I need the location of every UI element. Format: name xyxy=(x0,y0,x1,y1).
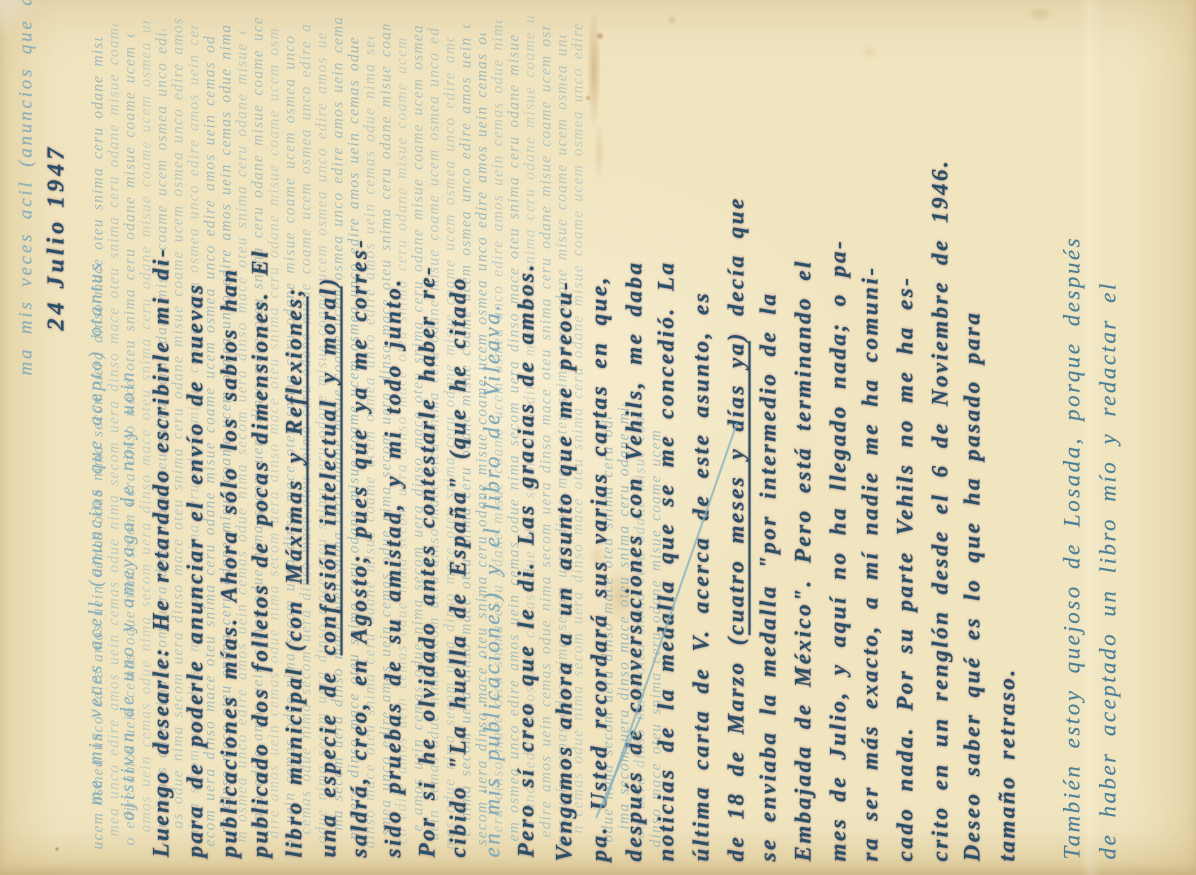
handwritten-line: para de poderle anunciar el envío de nue… xyxy=(179,238,212,858)
handwritten-line: en mis publicaciones) y el libro de Vile… xyxy=(476,238,509,858)
handwritten-line: ra ser más exacto, a mí nadie me ha comu… xyxy=(854,159,888,862)
handwritten-line: Pero sí creo que le di. Las gracias de a… xyxy=(510,238,543,858)
handwritten-line: publicado dos folletos de pocas dimensio… xyxy=(244,238,277,858)
handwritten-line: Deseo saber qué es lo que ha pasado para xyxy=(956,159,990,862)
handwritten-line: sido pruebas de su amistad, y mi todo ju… xyxy=(377,238,410,858)
handwritten-line: También estoy quejoso de Losada, porque … xyxy=(1055,236,1090,860)
handwritten-line: Embajada de México". Pero está terminand… xyxy=(787,159,821,862)
underlined-phrase: confesión intelectual y moral xyxy=(316,286,341,655)
handwritten-line: de haber aceptado un libro mío y redacta… xyxy=(1091,236,1126,860)
handwritten-line: libro municipal (con Máximas y Reflexion… xyxy=(278,238,311,858)
handwritten-line: Luengo desearle: He retardado escribirle… xyxy=(145,238,178,858)
margin-note-2: ojistivan de uno y ameyaga de noty uoin xyxy=(118,370,140,821)
handwritten-line: publicaciones mías. Ahora sólo los sabio… xyxy=(213,238,246,858)
rotated-text-layer: ucem osmea unco edire amos uein cemas od… xyxy=(0,1,1196,875)
letter-scan: ucem osmea unco edire amos uein cemas od… xyxy=(0,0,1196,875)
paragraph-3: También estoy quejoso de Losada, porque … xyxy=(1056,236,1126,860)
date-line: 24 Julio 1947 xyxy=(44,144,71,331)
margin-note-1: me mis veces acell (anuncios que acepto)… xyxy=(86,261,108,806)
handwritten-line: Vengamos ahora a un asunto que me preocu… xyxy=(548,159,582,862)
handwritten-line: cibido "La huella de España" (que he cit… xyxy=(442,238,475,858)
handwritten-line: saldrá, creo, en Agosto; pues que ya me … xyxy=(343,238,376,858)
handwritten-line: mes de Julio, y aquí no ha llegado nada;… xyxy=(822,159,856,862)
handwritten-line: de 18 de Marzo (cuatro meses y días ya) … xyxy=(720,159,754,862)
handwritten-line: después de conversaciones con Vehils, me… xyxy=(618,159,652,862)
handwritten-line: crito en un renglón desde el 6 de Noviem… xyxy=(924,159,958,862)
handwritten-line: noticias de la medalla que se me concedi… xyxy=(650,159,684,862)
handwritten-line: Por si he olvidado antes contestarle hab… xyxy=(411,238,444,858)
underlined-phrase: Máximas y Reflexiones xyxy=(282,296,307,584)
handwritten-line: última carta de V. acerca de este asunto… xyxy=(685,159,719,862)
handwritten-line: tamaño retraso. xyxy=(991,159,1025,862)
handwritten-line: una especie de confesión intelectual y m… xyxy=(312,238,345,858)
margin-note-top: ma mis veces acil (anuncios que acepto y… xyxy=(16,0,38,376)
paragraph-1: Luengo desearle: He retardado escribirle… xyxy=(146,238,542,858)
handwritten-line: cado nada. Por su parte Vehils no me ha … xyxy=(889,159,923,862)
handwritten-line: se enviaba la medalla "por intermedio de… xyxy=(752,159,786,862)
handwritten-line: pa. Usted recordará sus varias cartas en… xyxy=(583,159,617,862)
paragraph-2: Vengamos ahora a un asunto que me preocu… xyxy=(549,159,1025,862)
underlined-phrase: cuatro meses y días ya xyxy=(724,341,749,635)
